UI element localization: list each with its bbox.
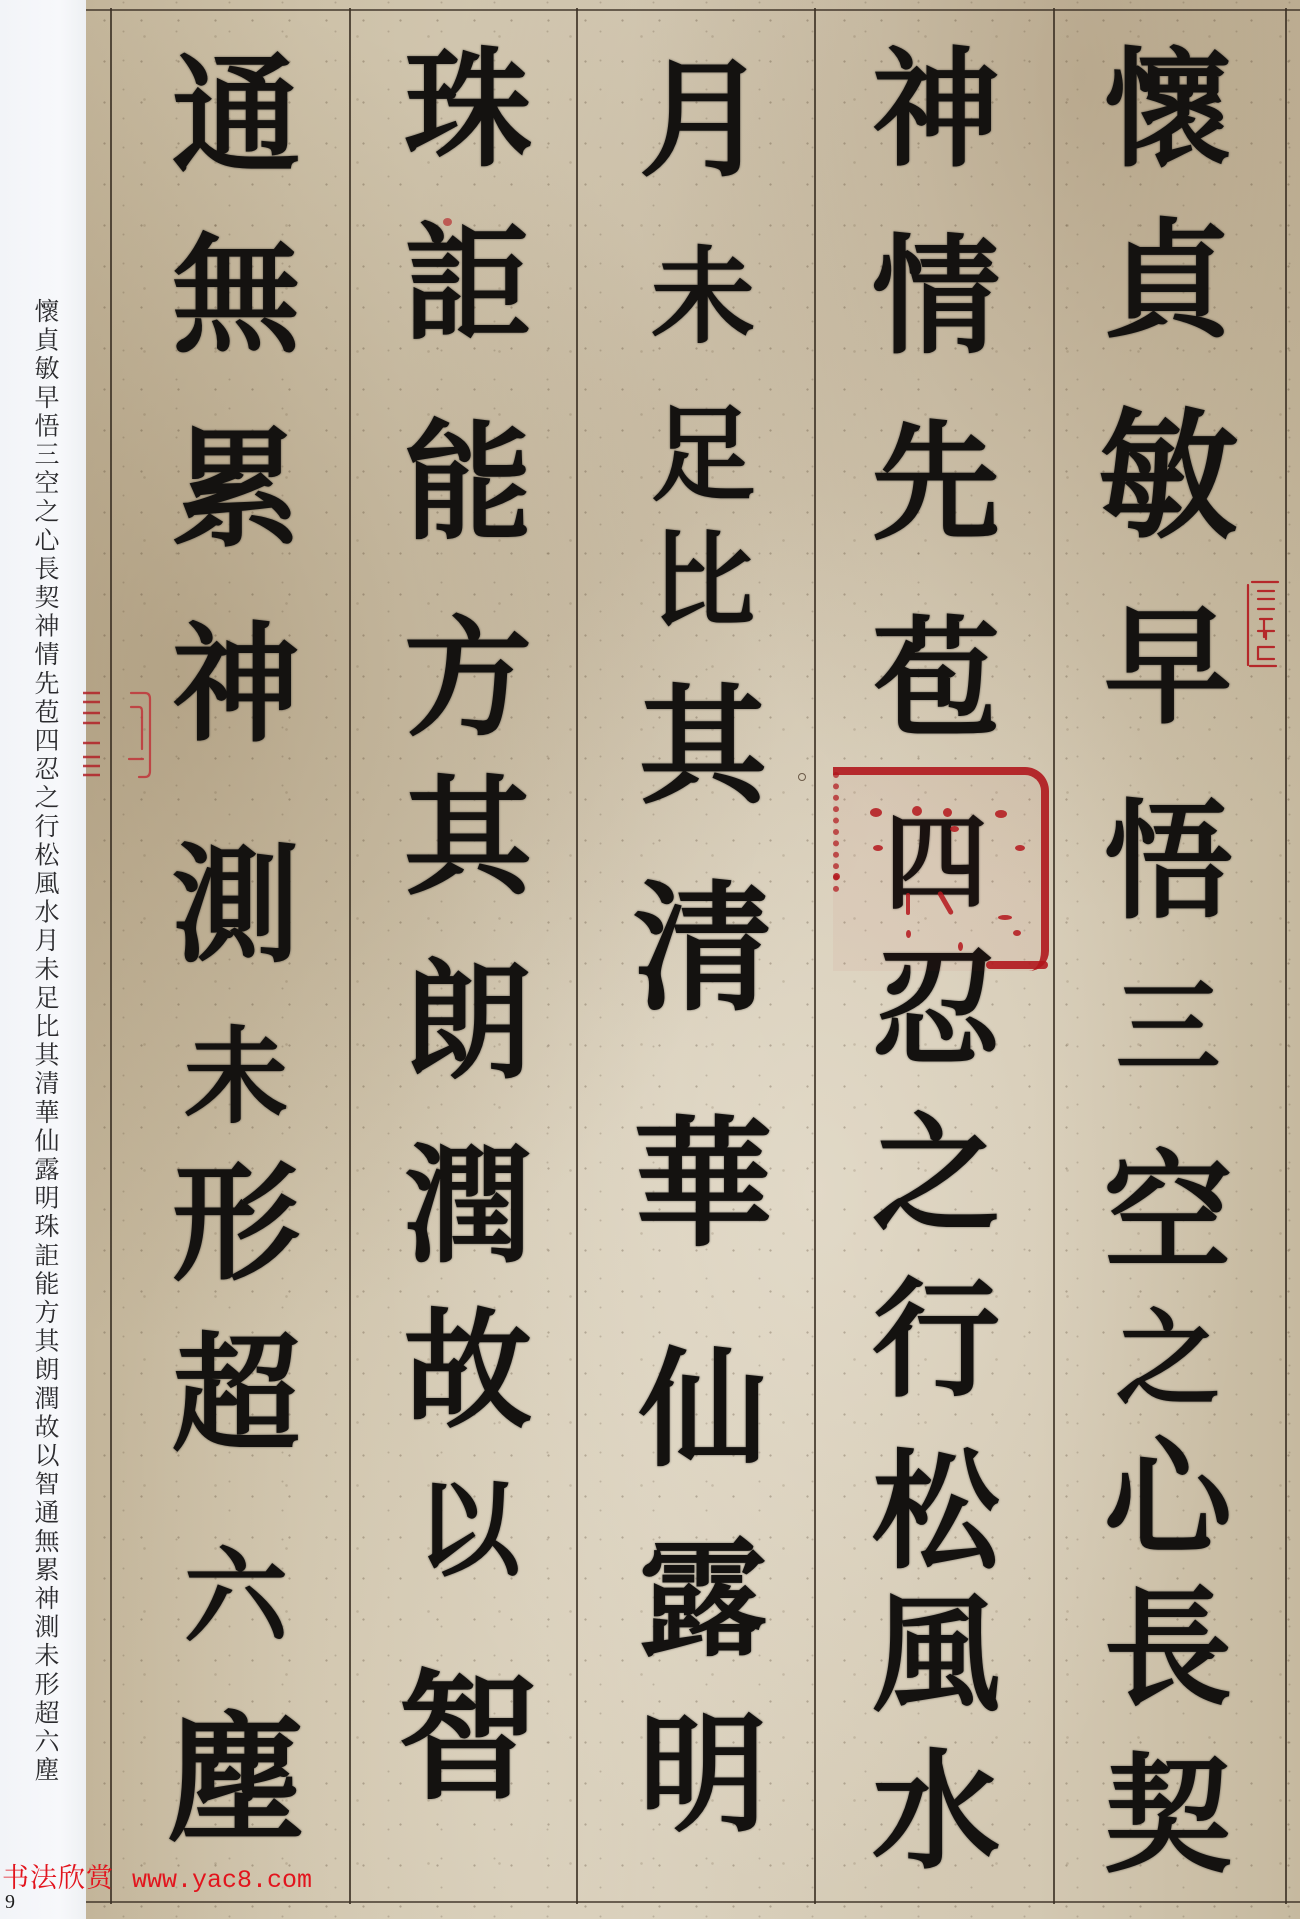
collector-seal-small-left — [127, 691, 157, 781]
seal-mark — [870, 808, 882, 817]
column-rule-line — [110, 8, 112, 1904]
calligraphy-character: 松 — [851, 1437, 1021, 1587]
ink-speck — [798, 773, 806, 781]
seal-mark — [912, 806, 922, 816]
calligraphy-character: 比 — [618, 506, 788, 656]
calligraphy-character: 清 — [618, 874, 788, 1024]
calligraphy-character: 超 — [151, 1320, 321, 1470]
top-border-line — [86, 9, 1300, 11]
seal-mark — [833, 873, 840, 880]
calligraphy-character: 潤 — [383, 1131, 553, 1281]
calligraphy-character: 露 — [618, 1525, 788, 1675]
seal-mark — [873, 845, 883, 851]
calligraphy-character: 之 — [1083, 1284, 1253, 1434]
calligraphy-character: 測 — [151, 831, 321, 981]
calligraphy-character: 契 — [1083, 1741, 1253, 1891]
calligraphy-character: 通 — [151, 41, 321, 191]
collector-seal-large — [833, 767, 1049, 971]
calligraphy-character: 苞 — [851, 604, 1021, 754]
watermark-site-name: 书法欣赏 — [2, 1856, 114, 1895]
calligraphy-character: 明 — [618, 1700, 788, 1850]
calligraphy-character: 三 — [1083, 953, 1253, 1103]
calligraphy-character: 朗 — [383, 947, 553, 1097]
calligraphy-character: 其 — [618, 672, 788, 822]
seal-mark — [958, 942, 963, 951]
watermark-url: www.yac8.com — [132, 1866, 312, 1895]
calligraphy-character: 詎 — [383, 209, 553, 359]
seal-mark — [943, 808, 952, 817]
calligraphy-character: 水 — [851, 1737, 1021, 1887]
seal-mark — [995, 810, 1007, 818]
calligraphy-character: 其 — [383, 763, 553, 913]
calligraphy-character: 悟 — [1083, 787, 1253, 937]
calligraphy-character: 神 — [851, 35, 1021, 185]
site-watermark: 书法欣赏 www.yac8.com — [2, 1856, 312, 1895]
seal-mark — [443, 218, 452, 226]
calligraphy-character: 以 — [383, 1455, 553, 1605]
calligraphy-character: 累 — [151, 415, 321, 565]
calligraphy-character: 先 — [851, 408, 1021, 558]
calligraphy-character: 故 — [383, 1296, 553, 1446]
collector-seal-small-right — [1246, 581, 1280, 669]
seal-mark — [1015, 845, 1025, 851]
calligraphy-character: 神 — [151, 610, 321, 760]
calligraphy-character: 塵 — [151, 1706, 321, 1856]
calligraphy-character: 華 — [618, 1110, 788, 1260]
book-margin: 懷貞敏早悟三空之心長契神情先苞四忍之行松風水月未足比其清華仙露明珠詎能方其朗潤故… — [0, 0, 86, 1919]
calligraphy-character: 珠 — [383, 35, 553, 185]
calligraphy-character: 風 — [851, 1580, 1021, 1730]
collector-seal-large-edge — [986, 961, 1048, 969]
calligraphy-character: 心 — [1083, 1424, 1253, 1574]
seal-mark — [1013, 930, 1021, 936]
margin-transcription: 懷貞敏早悟三空之心長契神情先苞四忍之行松風水月未足比其清華仙露明珠詎能方其朗潤故… — [30, 298, 60, 1785]
calligraphy-character: 行 — [851, 1265, 1021, 1415]
calligraphy-character: 能 — [383, 408, 553, 558]
calligraphy-character: 敏 — [1083, 402, 1253, 552]
calligraphy-character: 形 — [151, 1149, 321, 1299]
calligraphy-character: 六 — [151, 1522, 321, 1672]
calligraphy-character: 方 — [383, 604, 553, 754]
calligraphy-character: 之 — [851, 1100, 1021, 1250]
calligraphy-character: 長 — [1083, 1574, 1253, 1724]
column-rule-line — [814, 8, 816, 1904]
seal-mark — [906, 930, 911, 938]
bottom-border-line — [86, 1901, 1300, 1903]
calligraphy-character: 未 — [618, 222, 788, 372]
calligraphy-character: 未 — [151, 1002, 321, 1152]
seal-mark — [950, 826, 959, 832]
seal-mark — [998, 915, 1012, 920]
calligraphy-character: 早 — [1083, 592, 1253, 742]
column-rule-line — [349, 8, 351, 1904]
calligraphy-character: 仙 — [618, 1335, 788, 1485]
column-rule-line — [576, 8, 578, 1904]
seal-mark — [906, 893, 910, 915]
calligraphy-character: 貞 — [1083, 206, 1253, 356]
calligraphy-character: 智 — [383, 1663, 553, 1813]
calligraphy-character: 無 — [151, 221, 321, 371]
calligraphy-character: 月 — [618, 45, 788, 195]
calligraphy-character: 懷 — [1083, 35, 1253, 185]
collector-seal-partial — [83, 690, 103, 782]
calligraphy-character: 空 — [1083, 1138, 1253, 1288]
calligraphy-character: 情 — [851, 222, 1021, 372]
column-rule-line — [1285, 8, 1287, 1904]
column-rule-line — [1053, 8, 1055, 1904]
